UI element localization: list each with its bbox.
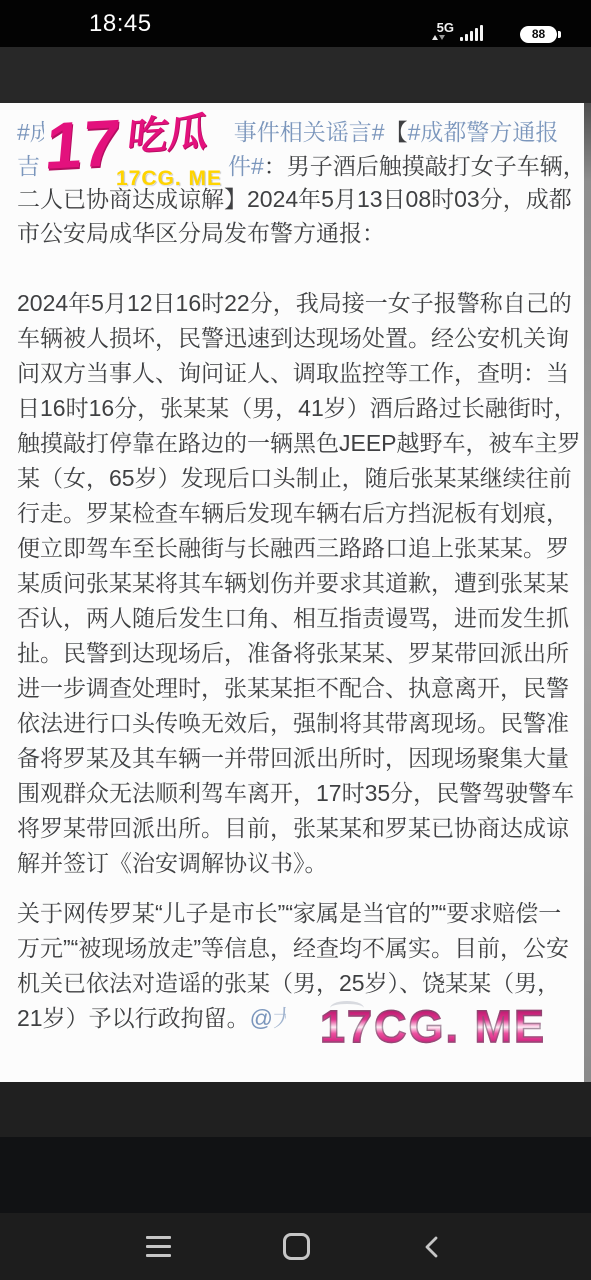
text-line: 扯。民警到达现场后，准备将张某某、罗某带回派出所 <box>17 636 591 671</box>
text-line: 车辆被人损坏，民警迅速到达现场处置。经公安机关询 <box>17 321 591 356</box>
hashtag-end[interactable]: 件# <box>228 153 264 179</box>
notice-paragraph-1: 2024年5月12日16时22分，我局接一女子报警称自己的车辆被人损坏，民警迅速… <box>17 286 591 881</box>
status-bar: 18:45 5G 88 <box>0 0 591 47</box>
text-line: 围观群众无法顺利驾车离开，17时35分，民警驾驶警车 <box>17 776 591 811</box>
heading-text: ：男子酒后触摸敲打女子车辆， <box>264 153 586 179</box>
battery-percent: 88 <box>532 27 545 41</box>
bottom-gap-band <box>0 1082 591 1137</box>
nav-bar <box>0 1213 591 1280</box>
text-line: 便立即驾车至长融街与长融西三路路口追上张某某。罗 <box>17 531 591 566</box>
watermark-stamp: 17 吃瓜 17CG. ME <box>44 105 226 187</box>
text-line: 行走。罗某检查车辆后发现车辆右后方挡泥板有划痕， <box>17 496 591 531</box>
status-time: 18:45 <box>89 10 152 38</box>
signal-strength-icon <box>460 24 483 41</box>
text-line: 问双方当事人、询问证人、调取监控等工作，查明：当 <box>17 356 591 391</box>
text-line: 2024年5月12日16时22分，我局接一女子报警称自己的 <box>17 286 591 321</box>
watermark-brand-text: 吃瓜 <box>125 112 210 157</box>
police-notice-article: #成事件相关谣言#【#成都警方通报 吉件#：男子酒后触摸敲打女子车辆， 二人已协… <box>0 103 591 1082</box>
hashtag-rumor[interactable]: 事件相关谣言# <box>234 119 385 145</box>
text-line: 某质问张某某将其车辆划伤并要求其道歉，遭到张某某 <box>17 566 591 601</box>
menu-icon <box>146 1236 171 1257</box>
text-line: 依法进行口头传唤无效后，强制将其带离现场。民警准 <box>17 706 591 741</box>
network-type-label: 5G <box>437 20 454 35</box>
text-line: 备将罗某及其车辆一并带回派出所时，因现场聚集大量 <box>17 741 591 776</box>
back-button[interactable] <box>396 1213 466 1280</box>
home-icon <box>283 1233 310 1260</box>
hashtag-fragment[interactable]: 吉 <box>17 153 40 179</box>
hashtag-chengdu-police[interactable]: #成都警方通报 <box>408 119 559 145</box>
text-line: 解并签订《治安调解协议书》。 <box>17 846 591 881</box>
paragraph-2-lines: 关于网传罗某“儿子是市长”“家属是当官的”“要求赔偿一万元”“被现场放走”等信息… <box>17 896 591 1001</box>
text-line: 某（女，65岁）发现后口头制止，随后张某某继续往前 <box>17 461 591 496</box>
text-line: 机关已依法对造谣的张某（男，25岁）、饶某某（男， <box>17 966 591 1001</box>
text-line: 触摸敲打停靠在路边的一辆黑色JEEP越野车，被车主罗 <box>17 426 591 461</box>
covered-mention-char: 大 <box>273 1001 286 1036</box>
text-line: 日16时16分，张某某（男，41岁）酒后路过长融街时， <box>17 391 591 426</box>
heading-line-4: 市公安局成华区分局发布警方通报： <box>17 217 591 251</box>
recents-button[interactable] <box>123 1213 193 1280</box>
battery-icon: 88 <box>520 26 557 43</box>
watermark-site-url-bottom: 17CG. ME <box>320 1009 546 1044</box>
text-line: 将罗某带回派出所。目前，张某某和罗某已协商达成谅 <box>17 811 591 846</box>
text-line: 关于网传罗某“儿子是市长”“家属是当官的”“要求赔偿一 <box>17 896 591 931</box>
bracket-open: 【 <box>385 119 408 145</box>
text-line: 万元”“被现场放走”等信息，经查均不属实。目前，公安 <box>17 931 591 966</box>
back-chevron-icon <box>423 1235 440 1259</box>
heading-line-3: 二人已协商达成谅解】2024年5月13日08时03分，成都 <box>17 183 591 217</box>
data-activity-icon <box>432 35 445 40</box>
watermark-17-logo: 17 <box>43 109 123 179</box>
text-line: 进一步调查处理时，张某某拒不配合、执意离开，民警 <box>17 671 591 706</box>
watermark-site-url: 17CG. ME <box>116 161 222 196</box>
top-gap-band <box>0 47 591 103</box>
right-edge-shadow <box>584 103 591 1082</box>
bottom-dark-band <box>0 1137 591 1213</box>
last-line-text: 21岁）予以行政拘留。 <box>17 1005 250 1031</box>
phone-screen: 18:45 5G 88 #成事件相关谣言#【#成都警方通报 吉件#：男子酒后触摸… <box>0 0 591 1280</box>
mention-link[interactable]: @ <box>250 1005 273 1031</box>
text-line: 否认，两人随后发生口角、相互指责谩骂，进而发生抓 <box>17 601 591 636</box>
home-button[interactable] <box>261 1213 331 1280</box>
